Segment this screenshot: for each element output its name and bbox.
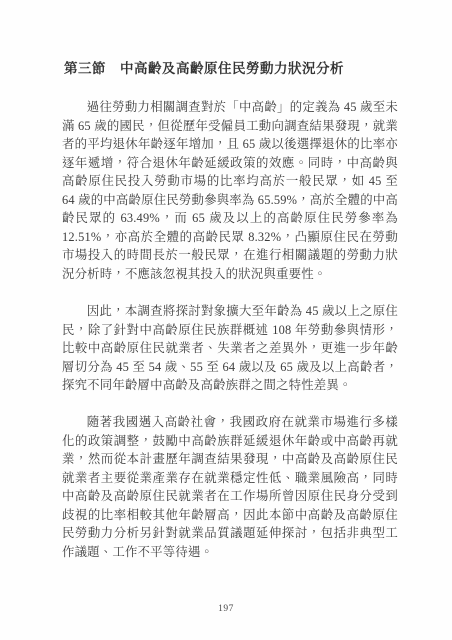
- page-number: 197: [0, 604, 452, 614]
- paragraph-1: 過往勞動力相關調查對於「中高齡」的定義為 45 歲至未滿 65 歲的國民，但從歷…: [62, 98, 398, 283]
- paragraph-2: 因此，本調查將探討對象擴大至年齡為 45 歲以上之原住民，除了針對中高齡原住民族…: [62, 302, 398, 395]
- section-title: 第三節 中高齡及高齡原住民勞動力狀況分析: [64, 57, 398, 77]
- page-content: 第三節 中高齡及高齡原住民勞動力狀況分析 過往勞動力相關調查對於「中高齡」的定義…: [62, 57, 398, 562]
- body-text: 過往勞動力相關調查對於「中高齡」的定義為 45 歲至未滿 65 歲的國民，但從歷…: [62, 98, 398, 562]
- paragraph-3: 隨著我國邁入高齡社會，我國政府在就業市場進行多樣化的政策調整，鼓勵中高齡族群延緩…: [62, 413, 398, 561]
- document-page: 第三節 中高齡及高齡原住民勞動力狀況分析 過往勞動力相關調查對於「中高齡」的定義…: [0, 0, 452, 640]
